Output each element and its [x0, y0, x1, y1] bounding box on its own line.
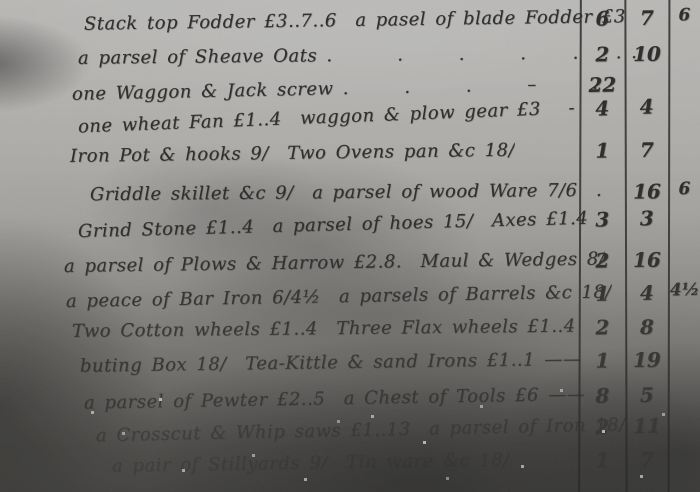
amount-shillings: 7: [627, 6, 667, 31]
amount-shillings: 3: [626, 206, 667, 231]
amount-pence: [670, 71, 699, 72]
amount-pence: [670, 413, 699, 414]
ledger-rows: Stack top Fodder £3..7..6 a pasel of bla…: [0, 0, 700, 492]
entry-text: buting Box 18/ Tea-Kittle & sand Irons £…: [80, 349, 582, 377]
dust-speckles: [0, 0, 1, 1]
amount-shillings: 7: [627, 138, 667, 163]
entry-text: a parsel of Pewter £2..5 a Chest of Tool…: [84, 384, 586, 414]
amount-pence: [669, 205, 698, 206]
amount-pounds: 6: [581, 6, 624, 31]
amount-shillings: 10: [627, 42, 667, 66]
amount-pence: 4½: [670, 280, 699, 301]
ledger-row: Stack top Fodder £3..7..6 a pasel of bla…: [0, 5, 700, 47]
amount-pounds: 1: [581, 138, 624, 163]
amount-pounds: 8: [581, 383, 624, 408]
amount-shillings: 4: [626, 94, 667, 120]
entry-text: a parsel of Sheave Oats . . . . . . .: [78, 42, 638, 69]
amount-pounds: 2: [581, 42, 624, 66]
entry-text: a parsel of Plows & Harrow £2.8. Maul & …: [64, 248, 606, 277]
entry-text: Stack top Fodder £3..7..6 a pasel of bla…: [84, 6, 626, 35]
amount-shillings: 5: [627, 382, 667, 407]
amount-shillings: 8: [627, 315, 667, 339]
amount-pounds: 22: [581, 72, 624, 97]
amount-pounds: 1: [581, 348, 624, 373]
amount-shillings: 19: [627, 348, 667, 373]
entry-text: Two Cotton wheels £1..4 Three Flax wheel…: [72, 316, 576, 342]
amount-pounds: 2: [581, 315, 624, 339]
entry-text: Griddle skillet &c 9/ a parsel of wood W…: [90, 180, 602, 205]
amount-pounds: 4: [580, 95, 624, 121]
amount-shillings: 16: [627, 179, 667, 203]
amount-pence: 6: [670, 5, 699, 25]
amount-pounds: 3: [581, 207, 625, 232]
amount-pounds: 2: [581, 414, 624, 439]
amount-shillings: 16: [627, 248, 667, 273]
amount-shillings: 11: [627, 413, 667, 438]
amount-pounds: 1: [581, 281, 624, 306]
amount-pence: 6: [670, 179, 699, 199]
scanned-ledger-page: Stack top Fodder £3..7..6 a pasel of bla…: [0, 0, 700, 492]
ledger-row: buting Box 18/ Tea-Kittle & sand Irons £…: [0, 347, 700, 389]
amount-pounds: 2: [581, 248, 624, 273]
amount-shillings: 4: [627, 280, 667, 305]
amount-pence: [669, 93, 698, 94]
amount-pence: [670, 382, 699, 383]
amount-shillings: 7: [627, 447, 667, 472]
amount-pounds: 1: [581, 448, 624, 473]
